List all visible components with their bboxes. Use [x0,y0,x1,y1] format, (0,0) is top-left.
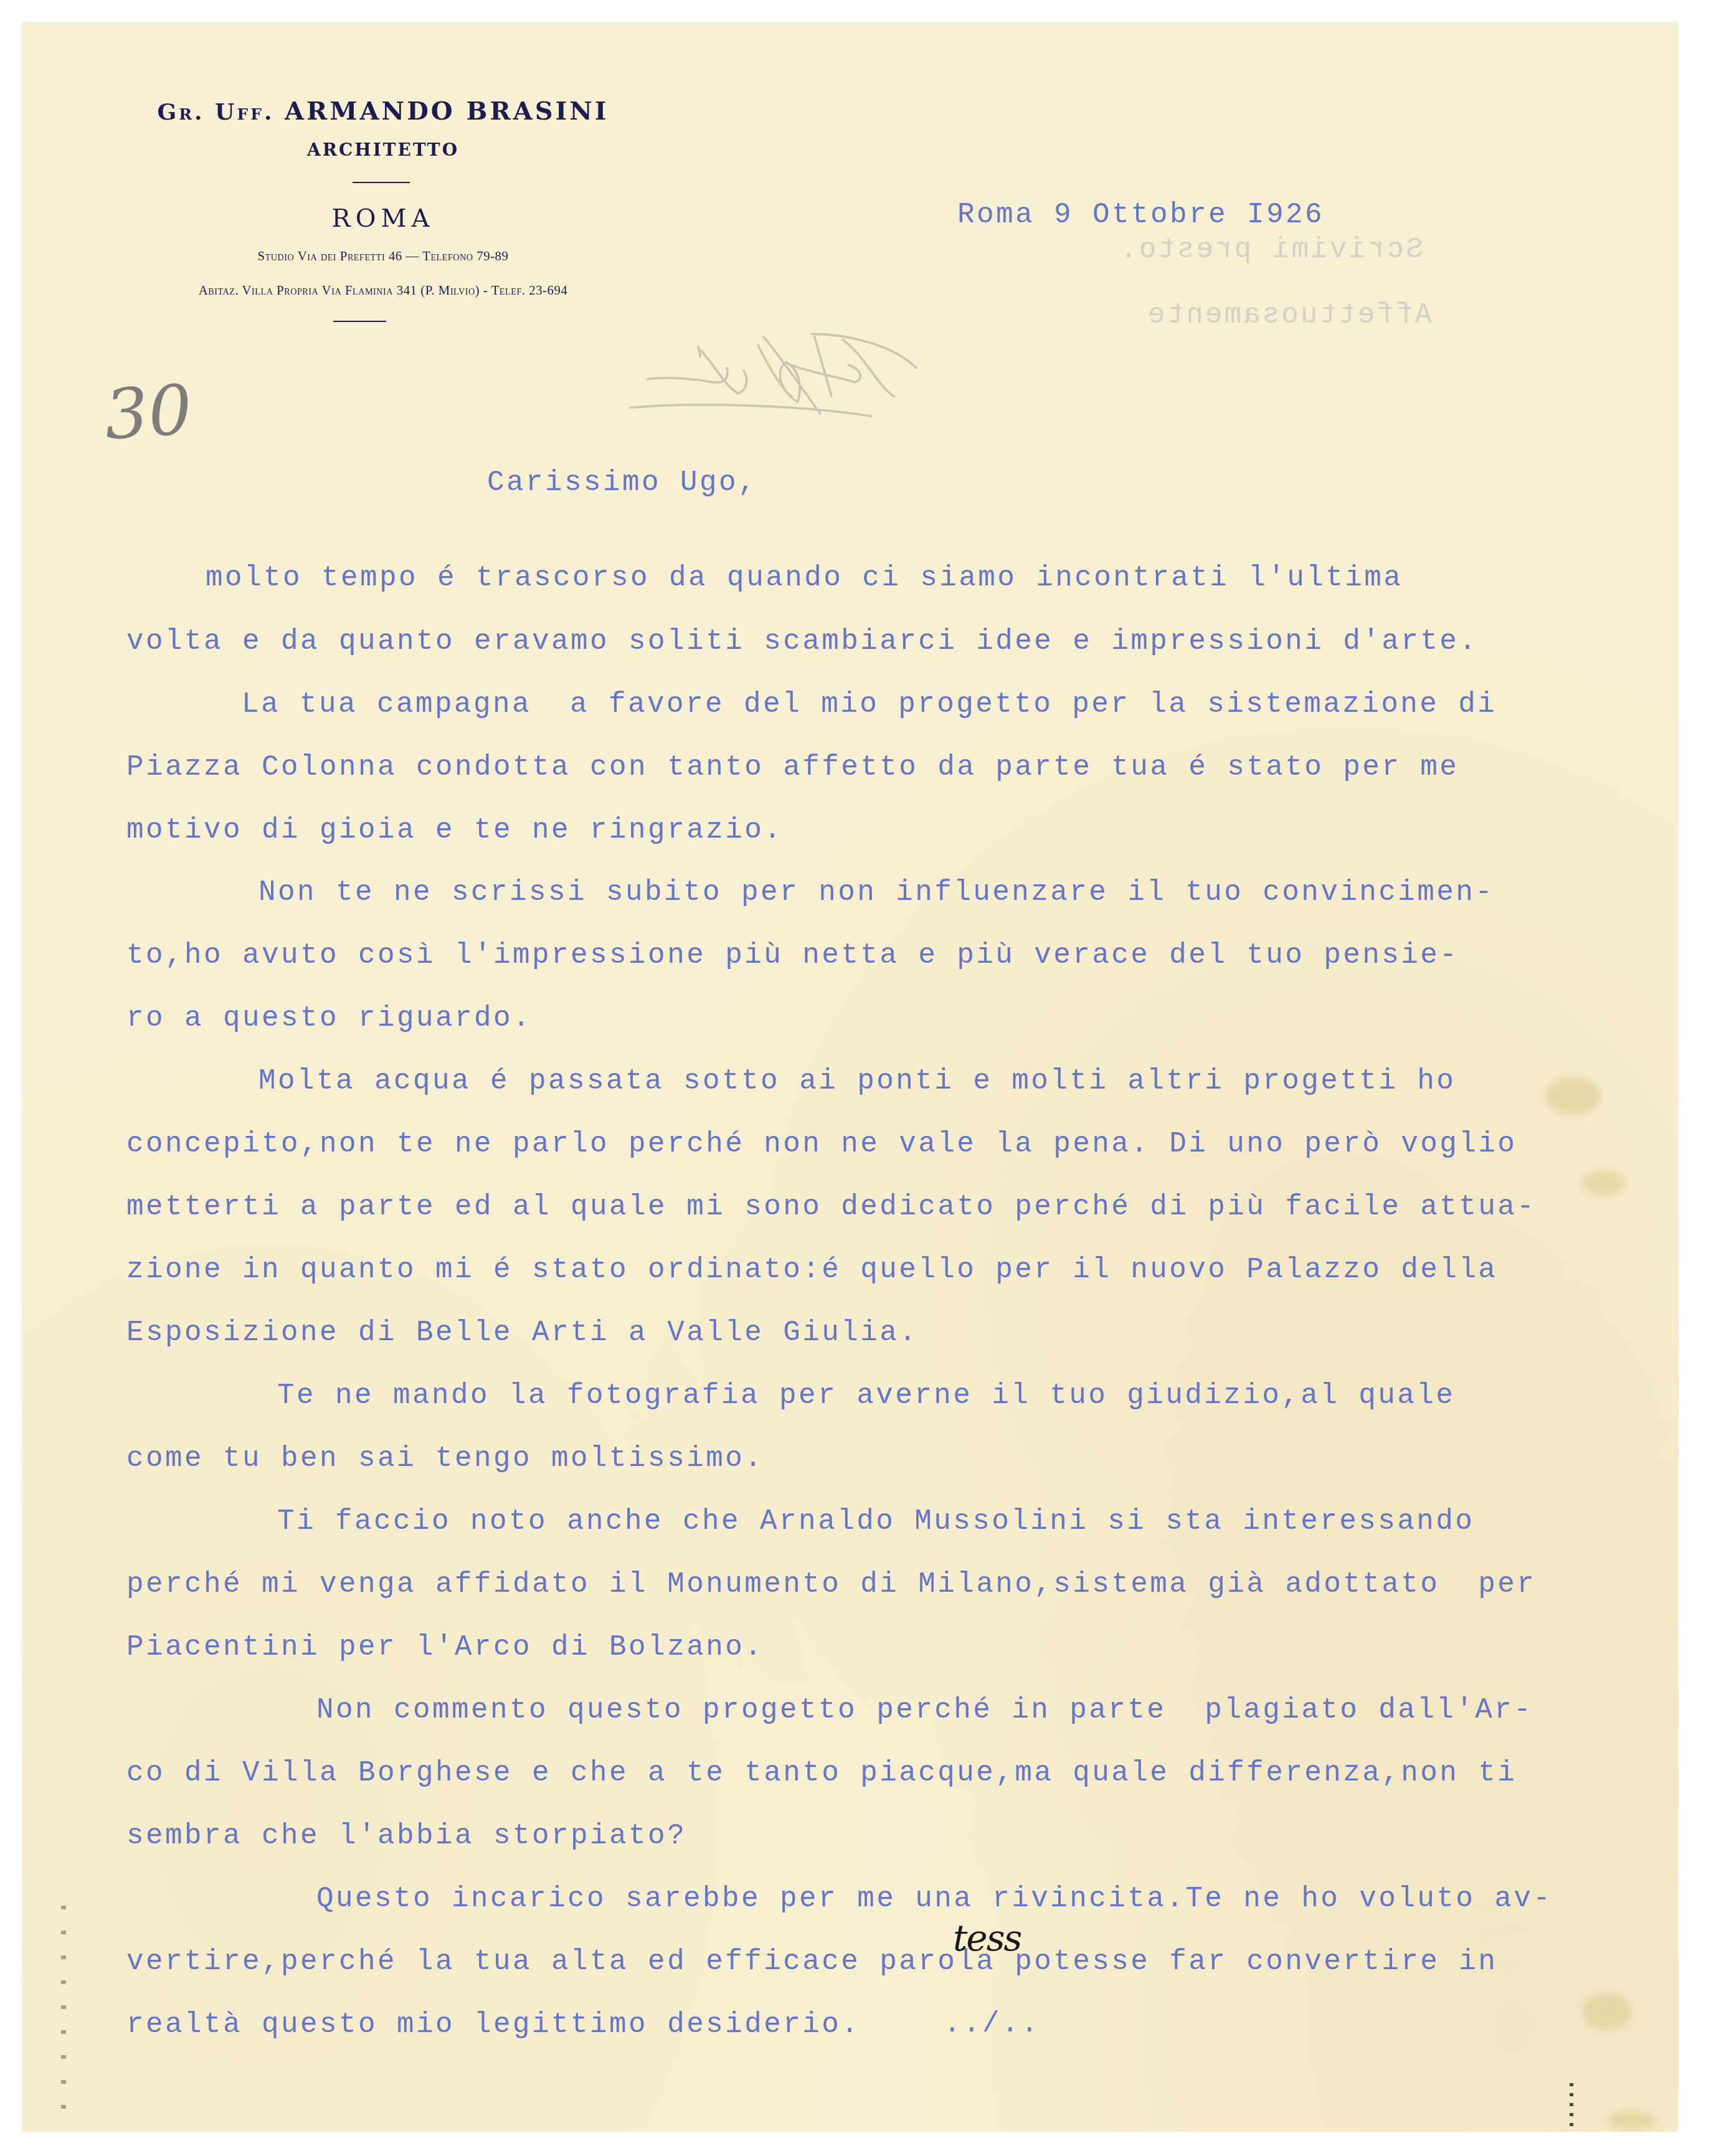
handwritten-correction: tess [953,1917,1021,1959]
body-line: Piazza Colonna condotta con tanto affett… [126,753,1459,782]
body-line: ro a questo riguardo. [126,1004,532,1033]
letterhead-architect-name: ARMANDO BRASINI [285,97,609,126]
paper-stain [1582,1993,1632,2030]
body-line: motivo di gioia e te ne ringrazio. [126,816,783,844]
binding-marks [61,1906,66,2130]
letterhead-name-prefix: Gr. Uff. [157,99,274,125]
body-line: vertire,perché la tua alta ed efficace p… [126,1947,1497,1976]
letterhead-divider [333,321,386,322]
paper-stain [1607,2111,1657,2130]
binding-marks [1570,2083,1573,2133]
body-line: Non te ne scrissi subito per non influen… [258,878,1494,907]
body-line: Non commento questo progetto perché in p… [316,1696,1533,1724]
body-line: Molta acqua é passata sotto ai ponti e m… [258,1067,1456,1095]
paper-stain [1545,1077,1601,1115]
body-line: Piacentini per l'Arco di Bolzano. [126,1633,764,1662]
body-line: realtà questo mio legittimo desiderio. [126,2010,860,2039]
body-line: Questo incarico sarebbe per me una rivin… [316,1884,1552,1913]
letter-date: Roma 9 Ottobre I926 [957,201,1324,229]
paper-stain [1582,1171,1626,1196]
body-line: concepito,non te ne parlo perché non ne … [126,1130,1517,1158]
body-line: metterti a parte ed al quale mi sono ded… [126,1193,1536,1221]
body-line: Ti faccio noto anche che Arnaldo Mussoli… [277,1507,1474,1536]
body-line: zione in quanto mi é stato ordinato:é qu… [126,1255,1497,1284]
letterhead-name: Gr. Uff. ARMANDO BRASINI [93,97,673,126]
body-line: come tu ben sai tengo moltissimo. [126,1444,764,1473]
letterhead-home-address: Abitaz. Villa Propria Via Flaminia 341 (… [78,282,688,298]
letterhead-studio-address: Studio Via dei Prefetti 46 — Telefono 79… [78,248,688,264]
letterhead-city: ROMA [93,204,673,233]
body-line: sembra che l'abbia storpiato? [126,1822,686,1850]
continuation-mark: ../.. [944,2010,1040,2038]
body-line: co di Villa Borghese e che a te tanto pi… [126,1759,1517,1787]
salutation: Carissimo Ugo, [487,468,757,497]
body-line: Te ne mando la fotografia per averne il … [277,1381,1455,1410]
letterhead-divider [353,182,410,183]
body-line: to,ho avuto così l'impressione più netta… [126,941,1459,970]
body-line: molto tempo é trascorso da quando ci sia… [206,564,1403,592]
show-through-signature [598,311,1252,436]
body-line: volta e da quanto eravamo soliti scambia… [126,627,1478,656]
show-through-text: Scrivimi presto. [1118,234,1423,266]
handwritten-page-number: 30 [102,369,195,455]
body-line: Esposizione di Belle Arti a Valle Giulia… [126,1318,918,1347]
body-line: perché mi venga affidato il Monumento di… [126,1570,1536,1599]
letterhead-title: ARCHITETTO [93,139,673,160]
body-line: La tua campagna a favore del mio progett… [242,690,1497,719]
